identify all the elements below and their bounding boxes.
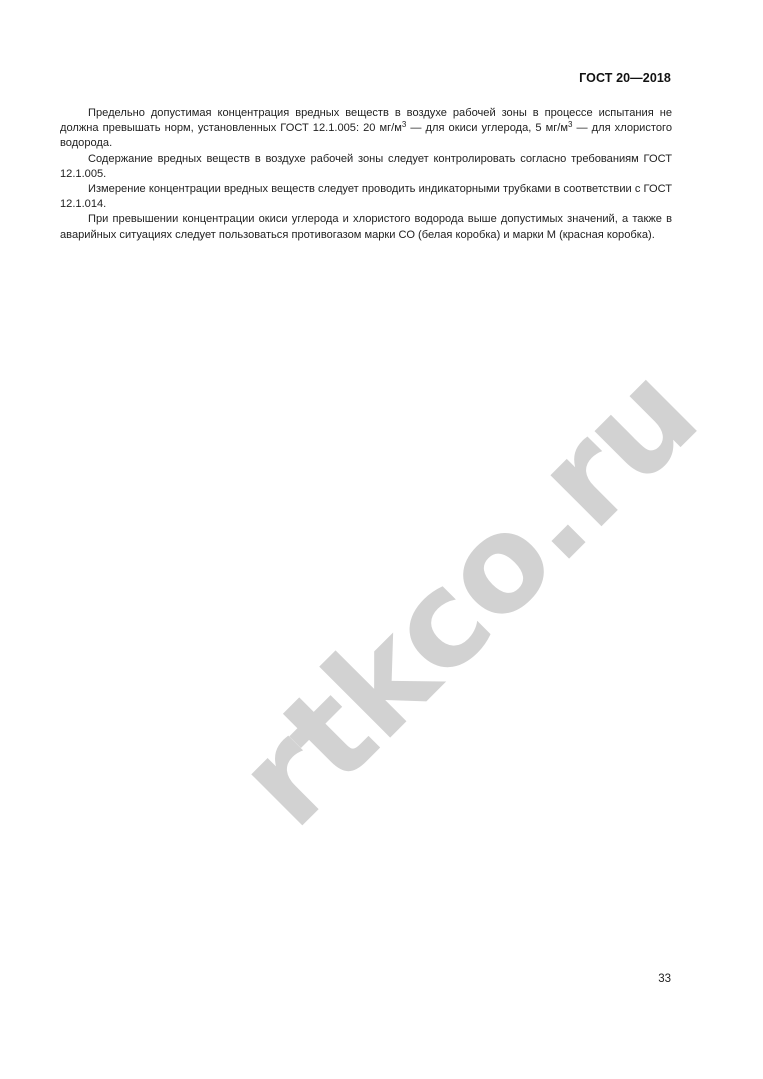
paragraph-measurement: Измерение концентрации вредных веществ с… xyxy=(60,182,672,212)
document-body: Предельно допустимая концентрация вредны… xyxy=(60,106,672,243)
paragraph-gas-mask: При превышении концентрации окиси углеро… xyxy=(60,212,672,242)
standard-code-header: ГОСТ 20—2018 xyxy=(579,71,671,85)
document-page: ГОСТ 20—2018 Предельно допустимая концен… xyxy=(0,0,763,1079)
watermark: rtkco.ru xyxy=(208,338,726,856)
paragraph-max-concentration: Предельно допустимая концентрация вредны… xyxy=(60,106,672,152)
page-number: 33 xyxy=(658,973,671,985)
paragraph-content-control: Содержание вредных веществ в воздухе раб… xyxy=(60,152,672,182)
